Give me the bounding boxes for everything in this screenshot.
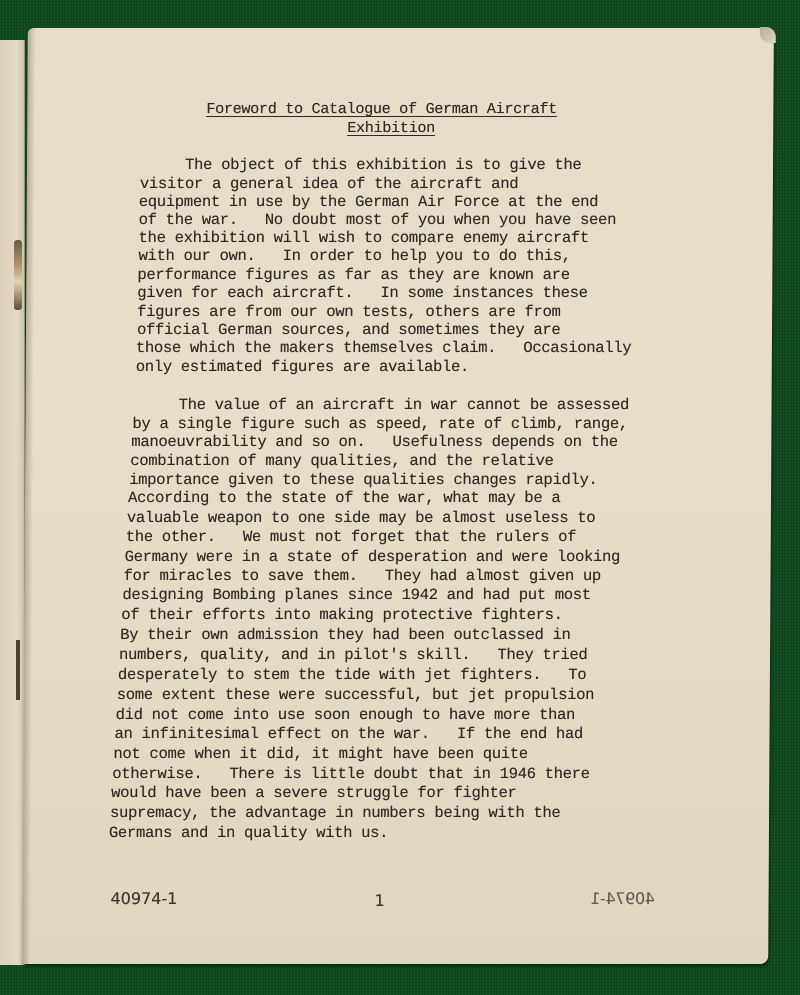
paragraph-2-line: Germany were in a state of desperation a… [125,548,621,566]
paragraph-2-line: by a single figure such as speed, rate o… [132,415,628,433]
paragraph-1-line: equipment in use by the German Air Force… [139,193,599,211]
paragraph-1-line: figures are from our own tests, others a… [137,303,560,321]
page-corner-curl [760,27,776,43]
show-through-text: 40974-1 [590,890,655,908]
paragraph-2-line: not come when it did, it might have been… [113,745,527,763]
paragraph-2-line: combination of many qualities, and the r… [130,452,553,470]
paragraph-1-line: official German sources, and sometimes t… [137,321,560,339]
paragraph-1-line: only estimated figures are available. [136,358,469,376]
paragraph-2-line: an infinitesimal effect on the war. If t… [114,725,583,743]
paragraph-2-line: for miracles to save them. They had almo… [123,567,601,585]
paragraph-2-line: some extent these were successful, but j… [117,686,595,704]
paragraph-1-line: given for each aircraft. In some instanc… [137,284,588,302]
paragraph-1-line: those which the makers themselves claim.… [136,339,632,357]
document-title-line-2: Exhibition [347,119,435,137]
paragraph-2-line: According to the state of the war, what … [128,489,560,507]
paragraph-1-line: of the war. No doubt most of you when yo… [139,211,617,229]
document-title-line-1: Foreword to Catalogue of German Aircraft [206,100,557,118]
paragraph-1-line: with our own. In order to help you to do… [138,247,570,265]
paragraph-2-line: The value of an aircraft in war cannot b… [134,396,630,414]
paragraph-2-line: numbers, quality, and in pilot's skill. … [119,646,588,664]
paragraph-2-line: manoeuvrability and so on. Usefulness de… [131,433,618,451]
paragraph-2-line: Germans and in quality with us. [109,824,388,842]
paragraph-2-line: did not come into use soon enough to hav… [116,706,576,724]
previous-page-edge [0,40,25,965]
paragraph-2-line: valuable weapon to one side may be almos… [127,509,596,527]
paragraph-1-line: The object of this exhibition is to give… [140,156,582,174]
binding-mark [16,640,20,700]
torn-edge-mark [14,240,22,310]
paragraph-1-line: the exhibition will wish to compare enem… [139,229,590,247]
page-number: 1 [374,892,384,910]
paragraph-2-line: desperately to stem the tide with jet fi… [118,666,587,684]
paragraph-2-line: of their efforts into making protective … [121,606,563,624]
paragraph-2-line: designing Bombing planes since 1942 and … [122,586,591,604]
paragraph-2-line: would have been a severe struggle for fi… [111,784,516,802]
document-page: Foreword to Catalogue of German Aircraft… [22,28,774,964]
paragraph-1-line: visitor a general idea of the aircraft a… [140,175,518,193]
document-code: 40974-1 [110,890,177,908]
paragraph-2-line: By their own admission they had been out… [120,626,571,644]
paragraph-2-line: supremacy, the advantage in numbers bein… [110,804,561,822]
paragraph-1-line: performance figures as far as they are k… [137,266,569,284]
paragraph-2-line: otherwise. There is little doubt that in… [112,765,590,783]
paragraph-2-line: the other. We must not forget that the r… [126,528,577,546]
paragraph-2-line: importance given to these qualities chan… [129,471,598,489]
